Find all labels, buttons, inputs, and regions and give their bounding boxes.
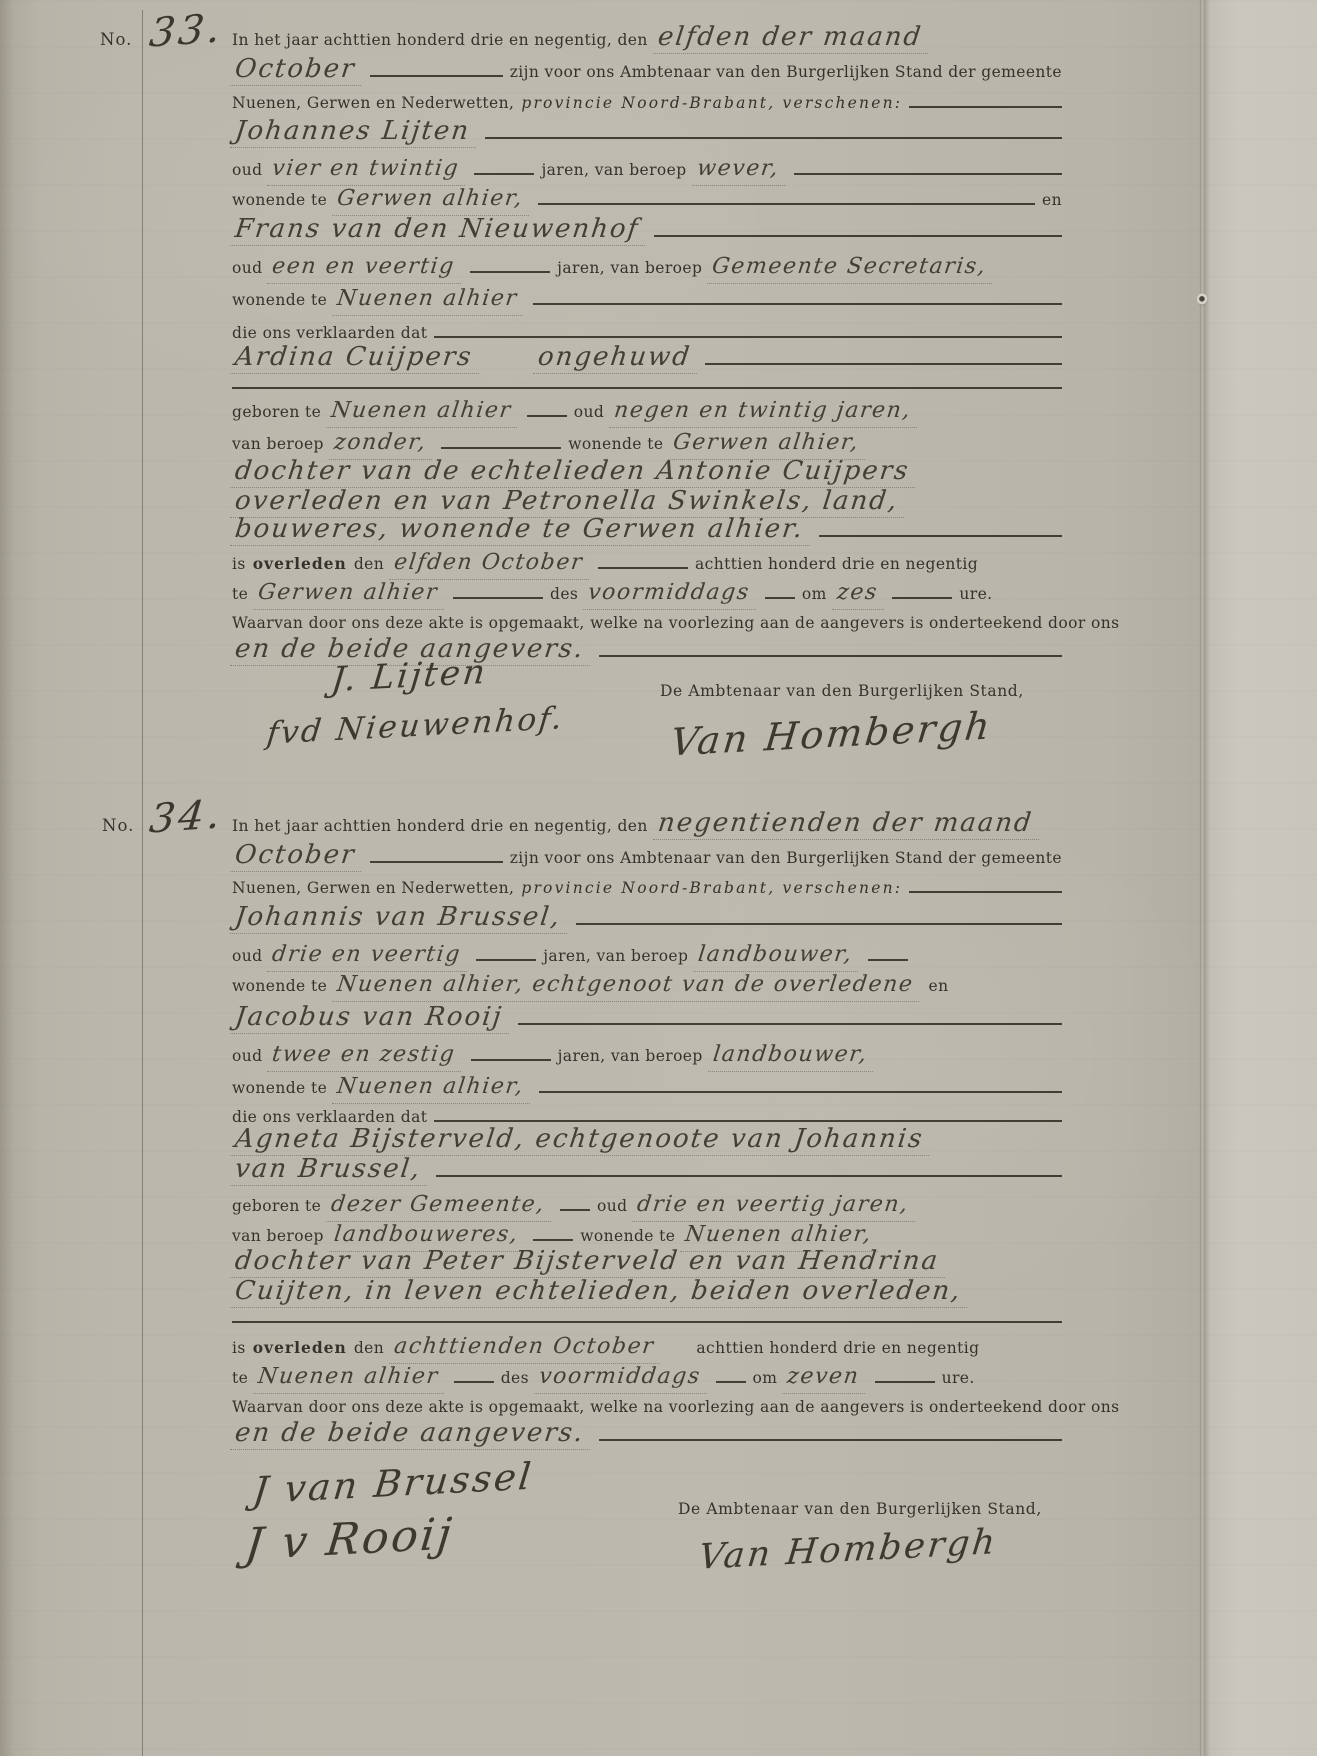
form-line: van Brussel,: [232, 1154, 1062, 1186]
handwritten-entry: Nuenen alhier: [253, 1362, 448, 1394]
ruled-blank-line: [599, 1436, 1062, 1441]
record-number-34: 34.: [147, 792, 225, 843]
form-line: wonende teNuenen alhier, echtgenoot van …: [232, 970, 1062, 1002]
printed-form-text: oud: [597, 1191, 627, 1221]
handwritten-entry: Nuenen alhier, echtgenoot van de overled…: [332, 970, 923, 1002]
handwritten-entry-large: Jacobus van Rooij: [230, 1002, 513, 1034]
ruled-blank-line: [434, 1117, 1062, 1122]
margin-column: No. 33. No. 34.: [0, 0, 232, 1756]
form-line: Jacobus van Rooij: [232, 1002, 1062, 1034]
printed-form-text: is: [232, 1333, 246, 1363]
printed-form-text: wonende te: [232, 971, 327, 1001]
ruled-blank-line: [875, 1378, 935, 1383]
form-line: oudtwee en zestigjaren, van beroeplandbo…: [232, 1040, 1062, 1072]
printed-form-text: en: [929, 971, 949, 1001]
form-line: wonende teNuenen alhier,: [232, 1072, 1062, 1104]
handwritten-entry: drie en veertig: [267, 940, 471, 972]
ruled-blank-line: [533, 1236, 573, 1241]
ruled-blank-line: [560, 1206, 590, 1211]
handwritten-entry: dezer Gemeente,: [326, 1190, 555, 1222]
ruled-blank-line: [518, 1020, 1062, 1025]
printed-form-text: jaren, van beroep: [558, 1041, 703, 1071]
handwritten-entry: twee en zestig: [267, 1040, 465, 1072]
printed-form-text: den: [354, 1333, 384, 1363]
handwritten-entry-large: Agneta Bijsterveld, echtgenoote van Joha…: [230, 1124, 933, 1156]
printed-form-text-bold: overleden: [253, 1333, 347, 1363]
form-line: In het jaar achttien honderd drie en neg…: [232, 808, 1062, 841]
handwritten-entry-large: negentienden der maand: [653, 808, 1043, 840]
ruled-blank-line: [454, 1378, 494, 1383]
official-title-record-33: De Ambtenaar van den Burgerlijken Stand,: [660, 682, 1024, 700]
form-line: ouddrie en veertigjaren, van beroeplandb…: [232, 940, 1062, 972]
binding-hole: [1197, 293, 1208, 306]
ruled-blank-line: [868, 956, 908, 961]
form-line: teNuenen alhierdesvoormiddagsomzevenure.: [232, 1362, 1062, 1394]
record-number-label-33: No.: [100, 30, 132, 49]
spacer: [669, 1352, 689, 1353]
printed-form-text: om: [753, 1363, 778, 1393]
handwritten-entry-large: Cuijten, in leven echtelieden, beiden ov…: [230, 1276, 971, 1308]
record-number-label-34: No.: [102, 816, 134, 835]
form-line: geboren tedezer Gemeente,ouddrie en veer…: [232, 1190, 1062, 1222]
page-fold-edge: [1200, 0, 1205, 1756]
handwritten-entry: drie en veertig jaren,: [632, 1190, 919, 1222]
handwritten-entry: achttienden October: [389, 1332, 664, 1364]
handwritten-entry: voormiddags: [534, 1362, 711, 1394]
ruled-blank-line: [716, 1378, 746, 1383]
form-line: [232, 1318, 1062, 1323]
printed-form-text: wonende te: [232, 1073, 327, 1103]
printed-form-text: ure.: [942, 1363, 975, 1393]
printed-form-text: oud: [232, 941, 262, 971]
ruled-blank-line: [436, 1172, 1062, 1177]
printed-form-text: oud: [232, 1041, 262, 1071]
form-line: isoverledendenachttienden Octoberachttie…: [232, 1332, 1062, 1364]
printed-form-text: geboren te: [232, 1191, 321, 1221]
form-line: Agneta Bijsterveld, echtgenoote van Joha…: [232, 1124, 1062, 1156]
signature-declarant-1-record-33: J. Lijten: [329, 652, 489, 700]
form-line: dochter van Peter Bijsterveld en van Hen…: [232, 1246, 1062, 1278]
form-line: Octoberzijn voor ons Ambtenaar van den B…: [232, 840, 1062, 873]
handwritten-entry-large: dochter van Peter Bijsterveld en van Hen…: [230, 1246, 949, 1278]
printed-form-text: des: [501, 1363, 529, 1393]
printed-form-text: Nuenen, Gerwen en Nederwetten,: [232, 873, 514, 903]
ruled-blank-line: [539, 1088, 1062, 1093]
form-line: Johannis van Brussel,: [232, 902, 1062, 934]
death-register-page: No. 33. No. 34. In het jaar achttien hon…: [0, 0, 1317, 1756]
printed-form-text: zijn voor ons Ambtenaar van den Burgerli…: [510, 843, 1062, 873]
ruled-blank-line: [471, 1056, 551, 1061]
ruled-blank-line: [909, 888, 1062, 893]
ruled-blank-line: [476, 956, 536, 961]
official-title-record-34: De Ambtenaar van den Burgerlijken Stand,: [678, 1500, 1042, 1518]
printed-form-text: In het jaar achttien honderd drie en neg…: [232, 811, 648, 841]
ruled-blank-line: [370, 858, 502, 863]
handwritten-entry-large: October: [230, 840, 365, 872]
printed-form-text: te: [232, 1363, 248, 1393]
handwritten-entry-large: en de beide aangevers.: [230, 1418, 594, 1450]
handwritten-entry: Nuenen alhier,: [332, 1072, 534, 1104]
form-line: Nuenen, Gerwen en Nederwetten,provincie …: [232, 873, 1062, 903]
form-line: Cuijten, in leven echtelieden, beiden ov…: [232, 1276, 1062, 1308]
handwritten-entry-large: van Brussel,: [230, 1154, 431, 1186]
handwritten-entry: landbouwer,: [693, 940, 862, 972]
record-number-33: 33.: [147, 6, 225, 57]
printed-form-text: jaren, van beroep: [543, 941, 688, 971]
ruled-blank-line: [232, 1318, 1062, 1323]
printed-form-text-italic: provincie Noord-Brabant, verschenen:: [521, 873, 902, 903]
form-line: en de beide aangevers.: [232, 1418, 1062, 1450]
ruled-blank-line: [576, 920, 1062, 925]
handwritten-entry-large: Johannis van Brussel,: [230, 902, 571, 934]
handwritten-entry: landbouwer,: [708, 1040, 877, 1072]
printed-form-text: achttien honderd drie en negentig: [696, 1333, 979, 1363]
handwritten-entry: zeven: [782, 1362, 869, 1394]
